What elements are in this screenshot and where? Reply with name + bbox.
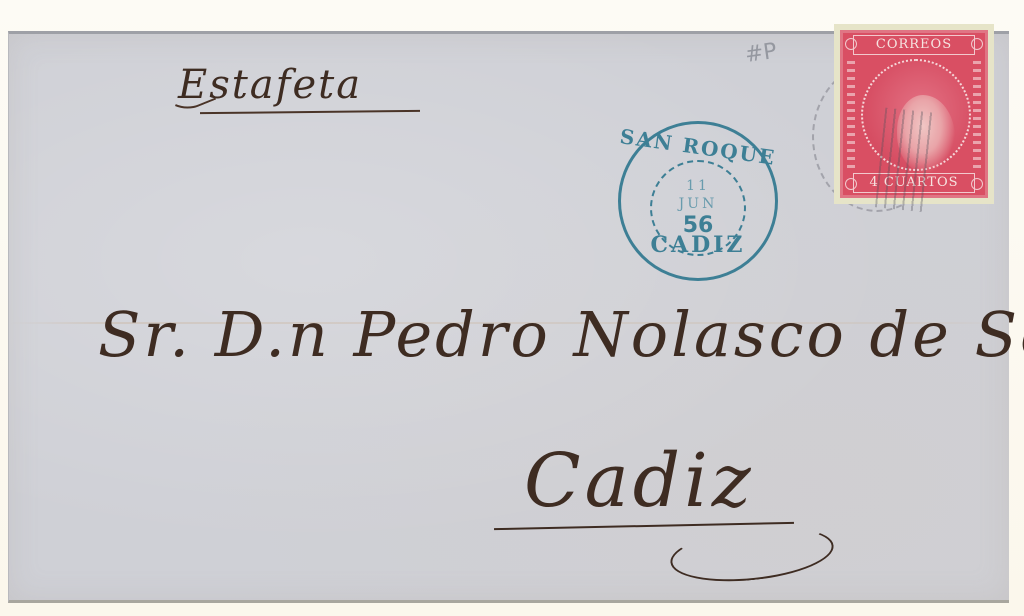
stamp-corner-ornament: [845, 38, 857, 50]
addressee-name: Sr. D.n Pedro Nolasco de Soto: [98, 298, 1024, 371]
route-note: Estafeta: [178, 62, 362, 108]
stamp-cancel-bars: [875, 108, 935, 213]
pencil-annotation: #P: [744, 35, 823, 110]
destination-city: Cadiz: [524, 438, 755, 524]
stamp-side-ornament: [847, 61, 855, 173]
stamp-corner-ornament: [971, 38, 983, 50]
postmark-province: CADIZ: [618, 232, 778, 258]
postmark-month: JUN: [660, 196, 736, 212]
stamp-side-ornament: [973, 61, 981, 173]
postmark-day: 11: [660, 178, 736, 194]
stamp-top-inscription: CORREOS: [853, 35, 975, 55]
